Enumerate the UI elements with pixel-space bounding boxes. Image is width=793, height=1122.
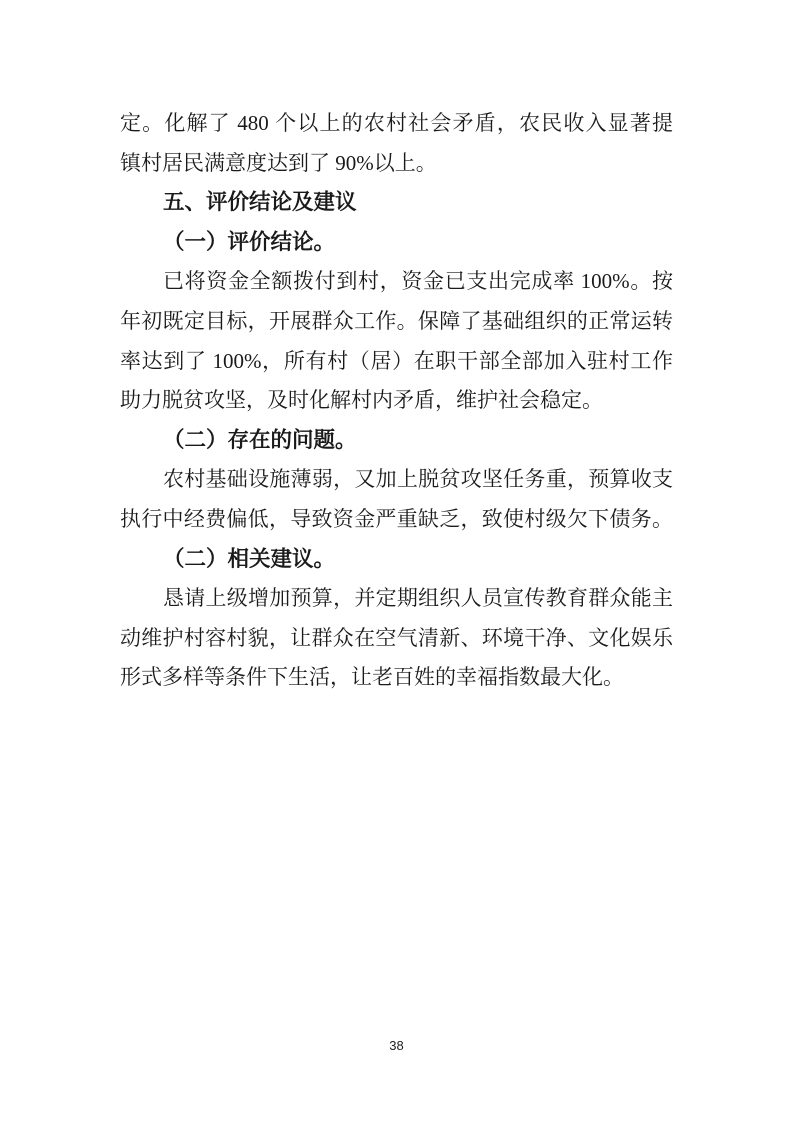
body-line: 执行中经费偏低，导致资金严重缺乏，致使村级欠下债务。 <box>120 500 673 540</box>
body-line: 形式多样等条件下生活，让老百姓的幸福指数最大化。 <box>120 658 673 698</box>
page-number: 38 <box>0 1038 793 1053</box>
text-block: 定。化解了 480 个以上的农村社会矛盾，农民收入显著提高， 镇村居民满意度达到… <box>120 104 673 698</box>
subsection-heading: （二）相关建议。 <box>120 540 673 580</box>
body-line: 率达到了 100%，所有村（居）在职干部全部加入驻村工作队， <box>120 342 673 382</box>
body-line: 镇村居民满意度达到了 90%以上。 <box>120 144 673 184</box>
subsection-heading: （一）评价结论。 <box>120 223 673 263</box>
a4-document-page: 定。化解了 480 个以上的农村社会矛盾，农民收入显著提高， 镇村居民满意度达到… <box>0 0 793 1122</box>
body-line: 助力脱贫攻坚，及时化解村内矛盾，维护社会稳定。 <box>120 381 673 421</box>
body-line: 已将资金全额拨付到村，资金已支出完成率 100%。按照 <box>120 262 673 302</box>
body-line: 恳请上级增加预算，并定期组织人员宣传教育群众能主 <box>120 579 673 619</box>
body-line: 年初既定目标，开展群众工作。保障了基础组织的正常运转 <box>120 302 673 342</box>
body-line: 农村基础设施薄弱，又加上脱贫攻坚任务重，预算收支 <box>120 460 673 500</box>
subsection-heading: （二）存在的问题。 <box>120 421 673 461</box>
body-line: 定。化解了 480 个以上的农村社会矛盾，农民收入显著提高， <box>120 104 673 144</box>
section-heading: 五、评价结论及建议 <box>120 183 673 223</box>
body-line: 动维护村容村貌，让群众在空气清新、环境干净、文化娱乐 <box>120 619 673 659</box>
